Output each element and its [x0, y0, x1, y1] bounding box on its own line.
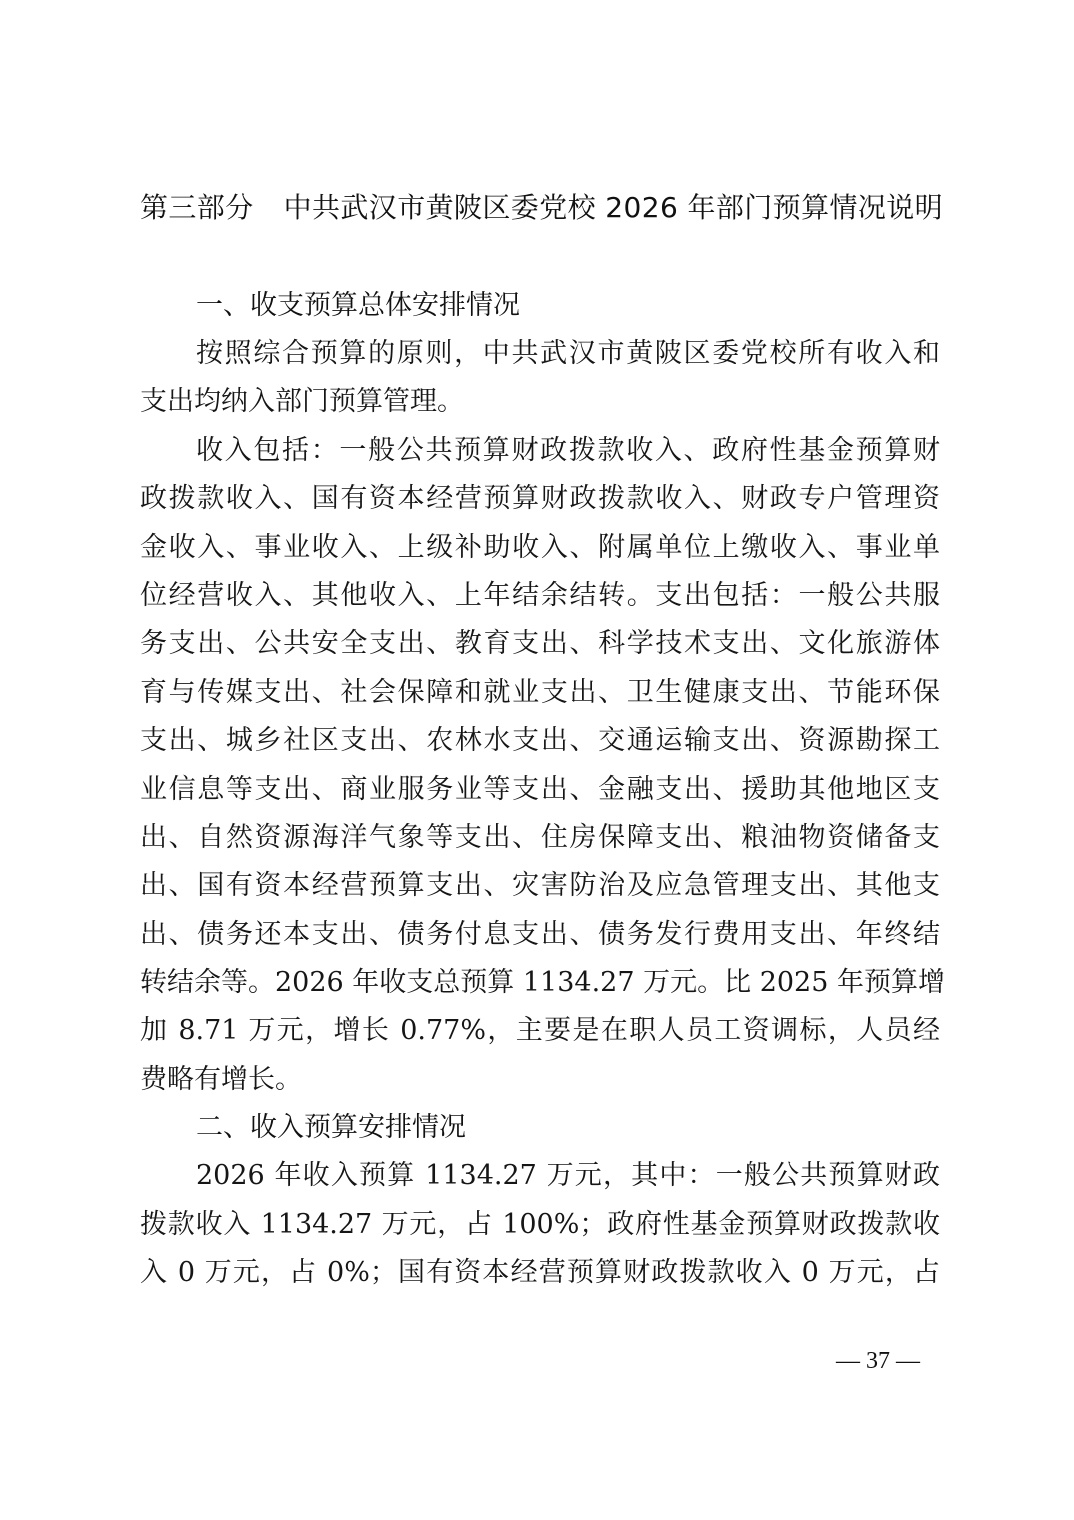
- text-line: 按照综合预算的原则，中共武汉市黄陂区委党校所有收入和: [140, 330, 940, 378]
- text-line: 转结余等。2026 年收支总预算 1134.27 万元。比 2025 年预算增: [140, 959, 940, 1007]
- text-line: 出、债务还本支出、债务付息支出、债务发行费用支出、年终结: [140, 911, 940, 959]
- text-line: 拨款收入 1134.27 万元，占 100%；政府性基金预算财政拨款收: [140, 1201, 940, 1249]
- paragraph-income-expense-scope: 收入包括：一般公共预算财政拨款收入、政府性基金预算财 政拨款收入、国有资本经营预…: [140, 427, 940, 1104]
- document-page: 第三部分中共武汉市黄陂区委党校 2026 年部门预算情况说明 一、收支预算总体安…: [0, 0, 1074, 1520]
- text-line: 育与传媒支出、社会保障和就业支出、卫生健康支出、节能环保: [140, 669, 940, 717]
- text-line: 出、国有资本经营预算支出、灾害防治及应急管理支出、其他支: [140, 862, 940, 910]
- text-line: 2026 年收入预算 1134.27 万元，其中：一般公共预算财政: [140, 1152, 940, 1200]
- text-line: 加 8.71 万元，增长 0.77%，主要是在职人员工资调标，人员经: [140, 1007, 940, 1055]
- paragraph-income-budget: 2026 年收入预算 1134.27 万元，其中：一般公共预算财政 拨款收入 1…: [140, 1152, 940, 1297]
- text-line: 费略有增长。: [140, 1056, 940, 1104]
- section-heading-income: 二、收入预算安排情况: [140, 1104, 940, 1152]
- text-line: 支出、城乡社区支出、农林水支出、交通运输支出、资源勘探工: [140, 717, 940, 765]
- text-line: 位经营收入、其他收入、上年结余结转。支出包括：一般公共服: [140, 572, 940, 620]
- document-body: 一、收支预算总体安排情况 按照综合预算的原则，中共武汉市黄陂区委党校所有收入和 …: [140, 282, 940, 1297]
- text-line: 支出均纳入部门预算管理。: [140, 378, 940, 426]
- text-line: 务支出、公共安全支出、教育支出、科学技术支出、文化旅游体: [140, 620, 940, 668]
- page-number: — 37 —: [818, 1346, 938, 1376]
- text-line: 政拨款收入、国有资本经营预算财政拨款收入、财政专户管理资: [140, 475, 940, 523]
- paragraph-principle: 按照综合预算的原则，中共武汉市黄陂区委党校所有收入和 支出均纳入部门预算管理。: [140, 330, 940, 427]
- document-title: 第三部分中共武汉市黄陂区委党校 2026 年部门预算情况说明: [140, 186, 940, 230]
- title-text: 中共武汉市黄陂区委党校 2026 年部门预算情况说明: [284, 191, 943, 224]
- text-line: 出、自然资源海洋气象等支出、住房保障支出、粮油物资储备支: [140, 814, 940, 862]
- text-line: 收入包括：一般公共预算财政拨款收入、政府性基金预算财: [140, 427, 940, 475]
- title-part-label: 第三部分: [140, 191, 254, 224]
- text-line: 金收入、事业收入、上级补助收入、附属单位上缴收入、事业单: [140, 524, 940, 572]
- text-line: 入 0 万元，占 0%；国有资本经营预算财政拨款收入 0 万元，占: [140, 1249, 940, 1297]
- section-heading-overall: 一、收支预算总体安排情况: [140, 282, 940, 330]
- text-line: 业信息等支出、商业服务业等支出、金融支出、援助其他地区支: [140, 766, 940, 814]
